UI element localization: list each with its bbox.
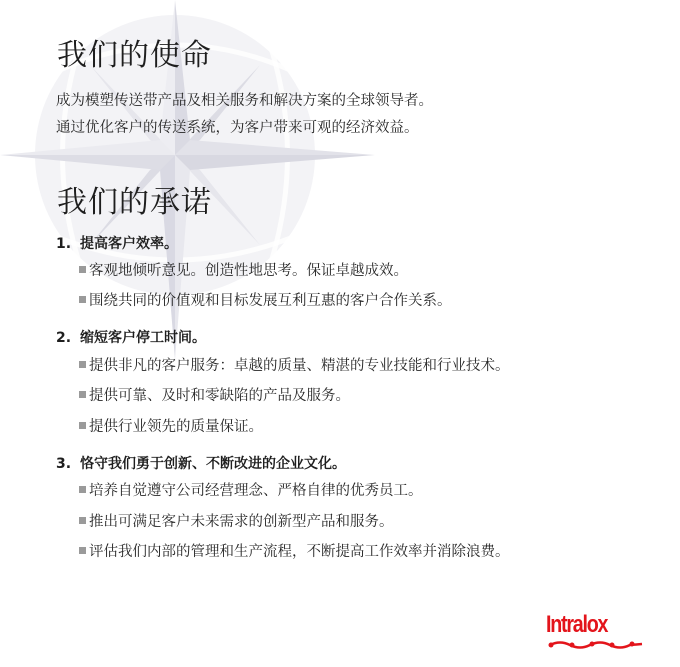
commitment-2-bullet-2: 提供可靠、及时和零缺陷的产品及服务。 — [79, 387, 350, 405]
commitment-item-1-title: 1.提高客户效率。 — [56, 235, 178, 253]
commitment-1-bullet-1: 客观地倾听意见。创造性地思考。保证卓越成效。 — [79, 262, 408, 280]
item-title-text: 提高客户效率。 — [80, 236, 178, 252]
commitment-1-bullet-2: 围绕共同的价值观和目标发展互利互惠的客户合作关系。 — [79, 292, 452, 310]
commitment-3-bullet-3: 评估我们内部的管理和生产流程，不断提高工作效率并消除浪费。 — [79, 543, 510, 561]
square-bullet-icon — [79, 486, 86, 493]
square-bullet-icon — [79, 266, 86, 273]
item-title-text: 恪守我们勇于创新、不断改进的企业文化。 — [80, 456, 346, 472]
commitment-item-2-title: 2.缩短客户停工时间。 — [56, 329, 206, 347]
commitment-3-bullet-2: 推出可满足客户未来需求的创新型产品和服务。 — [79, 513, 394, 531]
square-bullet-icon — [79, 517, 86, 524]
square-bullet-icon — [79, 422, 86, 429]
item-number: 1. — [56, 235, 80, 253]
item-number: 2. — [56, 329, 80, 347]
commitment-2-bullet-3: 提供行业领先的质量保证。 — [79, 418, 263, 436]
square-bullet-icon — [79, 361, 86, 368]
mission-line-2: 通过优化客户的传送系统，为客户带来可观的经济效益。 — [56, 119, 419, 137]
square-bullet-icon — [79, 391, 86, 398]
commitment-heading: 我们的承诺 — [57, 185, 212, 221]
item-number: 3. — [56, 455, 80, 473]
item-title-text: 缩短客户停工时间。 — [80, 330, 206, 346]
commitment-2-bullet-1: 提供非凡的客户服务：卓越的质量、精湛的专业技能和行业技术。 — [79, 357, 510, 375]
mission-heading: 我们的使命 — [57, 38, 212, 74]
intralox-logo: Intralox — [546, 612, 646, 652]
mission-line-1: 成为模塑传送带产品及相关服务和解决方案的全球领导者。 — [56, 92, 433, 110]
page-content: 我们的使命 成为模塑传送带产品及相关服务和解决方案的全球领导者。 通过优化客户的… — [0, 0, 680, 667]
chain-icon — [548, 639, 644, 649]
square-bullet-icon — [79, 296, 86, 303]
square-bullet-icon — [79, 547, 86, 554]
logo-wordmark: Intralox — [546, 612, 607, 638]
commitment-3-bullet-1: 培养自觉遵守公司经营理念、严格自律的优秀员工。 — [79, 482, 423, 500]
commitment-item-3-title: 3.恪守我们勇于创新、不断改进的企业文化。 — [56, 455, 346, 473]
